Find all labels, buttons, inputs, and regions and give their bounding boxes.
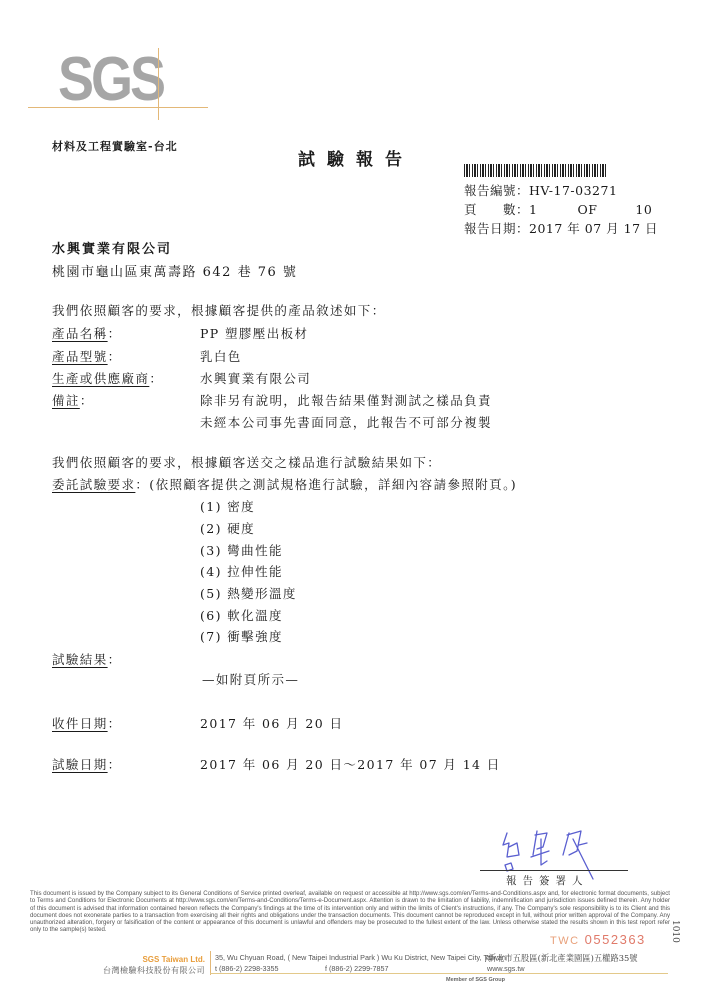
product-intro: 我們依照顧客的要求，根據顧客提供的產品敘述如下： [52, 301, 386, 319]
report-date: 報告日期：2017 年 07 月 17 日 [464, 219, 658, 237]
received-date-label: 收件日期： [52, 714, 122, 732]
field-value-manufacturer: 水興實業有限公司 [200, 369, 311, 387]
field-label-product-name: 產品名稱： [52, 324, 122, 342]
report-date-label: 報告日期： [464, 221, 529, 236]
test-result-label: 試驗結果： [52, 650, 122, 668]
page-of: OF [577, 202, 597, 217]
sgs-logo: SGS [50, 48, 160, 108]
test-item: (1) 密度 [200, 497, 255, 515]
footer-company-en: SGS Taiwan Ltd. [115, 955, 205, 964]
label-text: 生產或供應廠商 [52, 371, 149, 386]
logo-text: SGS [58, 48, 163, 110]
test-date-value: 2017 年 06 月 20 日～2017 年 07 月 14 日 [200, 755, 501, 773]
serial-value: 0552363 [585, 932, 646, 947]
field-label-remark: 備註： [52, 391, 94, 409]
serial-number: TWC 0552363 [550, 932, 646, 947]
barcode [464, 164, 608, 177]
report-date-value: 2017 年 07 月 17 日 [529, 221, 658, 236]
page-count: 頁 數：1OF10 [464, 200, 652, 218]
page-current: 1 [529, 202, 537, 217]
field-value-product-name: PP 塑膠壓出板材 [200, 324, 308, 342]
footer-website[interactable]: www.sgs.tw [487, 964, 525, 973]
footer-phone: t (886-2) 2298-3355 [215, 964, 279, 973]
test-intro: 我們依照顧客的要求，根據顧客送交之樣品進行試驗結果如下： [52, 453, 441, 471]
logo-hline [28, 107, 208, 108]
footer-divider-v [210, 951, 211, 975]
test-item: (3) 彎曲性能 [200, 541, 283, 559]
footer-address-zh: /新北市五股區(新北產業園區)五權路35號 [485, 952, 638, 964]
footer-member: Member of SGS Group [446, 977, 505, 983]
signature-line [480, 870, 628, 871]
page-total: 10 [635, 202, 652, 217]
label-text: 備註 [52, 393, 80, 408]
test-date-label: 試驗日期： [52, 755, 122, 773]
footer-company-zh: 台灣檢驗科技股份有限公司 [70, 965, 205, 976]
test-item: (4) 拉伸性能 [200, 562, 283, 580]
field-value-remark: 除非另有說明，此報告結果僅對測試之樣品負責 [200, 391, 492, 409]
field-label-manufacturer: 生產或供應廠商： [52, 369, 163, 387]
label-text: 試驗結果 [52, 652, 108, 667]
page-count-label: 頁 數： [464, 202, 529, 217]
signatory-label: 報告簽署人 [506, 873, 589, 888]
report-number: 報告編號：HV-17-03271 [464, 181, 617, 199]
label-text: 試驗日期 [52, 757, 108, 772]
label-text: 產品型號 [52, 349, 108, 364]
client-name: 水興實業有限公司 [52, 238, 172, 257]
label-text: 產品名稱 [52, 326, 108, 341]
test-item: (6) 軟化溫度 [200, 606, 283, 624]
received-date-value: 2017 年 06 月 20 日 [200, 714, 343, 732]
test-request-note: ：(依照顧客提供之測試規格進行試驗，詳細內容請參照附頁。) [135, 477, 517, 492]
field-value-remark-line2: 未經本公司事先書面同意，此報告不可部分複製 [200, 413, 492, 431]
footer-fax: f (886-2) 2299-7857 [325, 964, 389, 973]
side-number: 1010 [670, 920, 680, 943]
serial-prefix: TWC [550, 935, 580, 947]
field-value-product-model: 乳白色 [200, 347, 242, 365]
legal-disclaimer: This document is issued by the Company s… [30, 890, 670, 934]
client-address: 桃園市龜山區東萬壽路 642 巷 76 號 [52, 261, 297, 280]
test-request: 委託試驗要求：(依照顧客提供之測試規格進行試驗，詳細內容請參照附頁。) [52, 475, 517, 493]
document-title: 試驗報告 [298, 145, 414, 170]
field-label-product-model: 產品型號： [52, 347, 122, 365]
lab-name: 材料及工程實驗室-台北 [52, 138, 178, 154]
test-request-label: 委託試驗要求 [52, 477, 135, 492]
logo-vline [158, 48, 159, 120]
test-item: (7) 衝擊強度 [200, 627, 283, 645]
footer-divider-h [210, 973, 668, 974]
test-item: (2) 硬度 [200, 519, 255, 537]
test-item: (5) 熱變形溫度 [200, 584, 297, 602]
label-text: 收件日期 [52, 716, 108, 731]
report-number-value: HV-17-03271 [529, 183, 617, 198]
test-result-value: —如附頁所示— [202, 670, 299, 688]
footer-address-en: 35, Wu Chyuan Road, ( New Taipei Industr… [215, 953, 506, 962]
report-number-label: 報告編號： [464, 183, 529, 198]
